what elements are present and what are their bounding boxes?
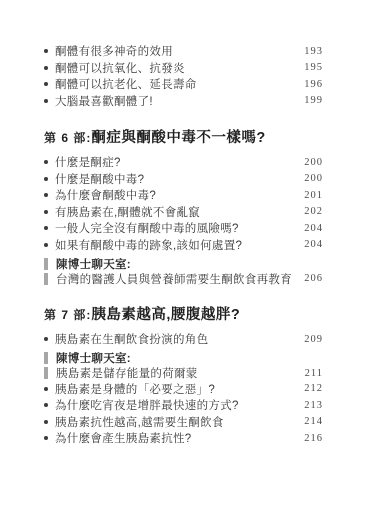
toc-entry: 什麼是酮症? 200	[44, 154, 323, 171]
vertical-bar-icon	[44, 367, 48, 379]
entry-page-number: 211	[305, 368, 323, 379]
expert-chat-block: 陳博士聊天室: 胰島素是儲存能量的荷爾蒙 211	[44, 351, 323, 381]
entry-title: 為什麼吃宵夜是增胖最快速的方式?	[55, 397, 296, 413]
toc-entry: 為什麼會產生胰島素抗性? 216	[44, 430, 323, 447]
bullet-icon	[44, 387, 48, 391]
bullet-icon	[44, 436, 48, 440]
toc-entry: 一般人完全沒有酮酸中毒的風險嗎? 204	[44, 220, 323, 237]
entry-page-number: 193	[304, 46, 323, 57]
part7-title: 胰島素越高,腰腹越胖?	[91, 306, 240, 324]
bullet-icon	[44, 226, 48, 230]
vertical-bar-icon	[44, 273, 48, 285]
bullet-icon	[44, 193, 48, 197]
entry-title: 胰島素在生酮飲食扮演的角色	[55, 331, 296, 347]
entry-title: 有胰島素在,酮體就不會亂竄	[55, 204, 296, 220]
entry-page-number: 200	[304, 173, 323, 184]
bullet-icon	[44, 337, 48, 341]
toc-entry: 什麼是酮酸中毒? 200	[44, 171, 323, 188]
entry-page-number: 209	[304, 334, 323, 345]
book-toc-page: 酮體有很多神奇的效用 193 酮體可以抗氧化、抗發炎 195 酮體可以抗老化、延…	[0, 0, 390, 527]
entry-page-number: 214	[304, 416, 323, 427]
chat-entry-title: 胰島素是儲存能量的荷爾蒙	[56, 365, 297, 381]
chat-title-line: 陳博士聊天室:	[44, 256, 323, 271]
part6-number: 第 6 部:	[44, 129, 91, 147]
toc-entry: 酮體可以抗氧化、抗發炎 195	[44, 60, 323, 77]
entry-page-number: 213	[304, 400, 323, 411]
entry-page-number: 202	[304, 206, 323, 217]
bullet-icon	[44, 420, 48, 424]
toc-section-part5-tail: 酮體有很多神奇的效用 193 酮體可以抗氧化、抗發炎 195 酮體可以抗老化、延…	[44, 43, 323, 109]
entry-title: 大腦最喜歡酮體了!	[55, 93, 296, 109]
entry-title: 酮體可以抗氧化、抗發炎	[55, 60, 296, 76]
bullet-icon	[44, 403, 48, 407]
entry-page-number: 200	[304, 157, 323, 168]
bullet-icon	[44, 82, 48, 86]
chat-title: 陳博士聊天室:	[56, 350, 131, 366]
entry-page-number: 212	[304, 383, 323, 394]
entry-title: 酮體有很多神奇的效用	[55, 43, 296, 59]
entry-page-number: 216	[304, 433, 323, 444]
vertical-bar-icon	[44, 258, 48, 270]
chat-body-line: 台灣的醫護人員與營養師需要生酮飲食再教育 206	[44, 271, 323, 286]
chat-entry-title: 台灣的醫護人員與營養師需要生酮飲食再教育	[56, 271, 296, 287]
entry-page-number: 204	[304, 223, 323, 234]
toc-entry: 為什麼會酮酸中毒? 201	[44, 187, 323, 204]
toc-entry: 為什麼吃宵夜是增胖最快速的方式? 213	[44, 397, 323, 414]
bullet-icon	[44, 210, 48, 214]
entry-page-number: 199	[304, 95, 323, 106]
entry-title: 什麼是酮症?	[55, 154, 296, 170]
entry-title: 如果有酮酸中毒的跡象,該如何處置?	[55, 237, 296, 253]
entry-page-number: 196	[304, 79, 323, 90]
toc-entry: 胰島素是身體的「必要之惡」? 212	[44, 381, 323, 398]
part6-heading: 第 6 部: 酮症與酮酸中毒不一樣嗎?	[44, 129, 323, 147]
bullet-icon	[44, 177, 48, 181]
entry-title: 胰島素抗性越高,越需要生酮飲食	[55, 414, 296, 430]
expert-chat-block: 陳博士聊天室: 台灣的醫護人員與營養師需要生酮飲食再教育 206	[44, 256, 323, 286]
toc-entry: 酮體有很多神奇的效用 193	[44, 43, 323, 60]
chat-title-line: 陳博士聊天室:	[44, 351, 323, 366]
bullet-icon	[44, 243, 48, 247]
toc-section-part7: 胰島素在生酮飲食扮演的角色 209 陳博士聊天室: 胰島素是儲存能量的荷爾蒙 2…	[44, 331, 323, 447]
entry-title: 為什麼會酮酸中毒?	[55, 187, 296, 203]
bullet-icon	[44, 49, 48, 53]
entry-title: 什麼是酮酸中毒?	[55, 171, 296, 187]
toc-section-part6: 什麼是酮症? 200 什麼是酮酸中毒? 200 為什麼會酮酸中毒? 201 有胰…	[44, 154, 323, 286]
toc-entry: 大腦最喜歡酮體了! 199	[44, 93, 323, 110]
part6-title: 酮症與酮酸中毒不一樣嗎?	[91, 129, 265, 147]
bullet-icon	[44, 99, 48, 103]
toc-entry: 胰島素在生酮飲食扮演的角色 209	[44, 331, 323, 348]
entry-page-number: 201	[304, 190, 323, 201]
chat-title: 陳博士聊天室:	[56, 256, 131, 272]
entry-title: 為什麼會產生胰島素抗性?	[55, 430, 296, 446]
toc-entry: 如果有酮酸中毒的跡象,該如何處置? 204	[44, 237, 323, 254]
toc-entry: 有胰島素在,酮體就不會亂竄 202	[44, 204, 323, 221]
bullet-icon	[44, 66, 48, 70]
entry-page-number: 195	[304, 62, 323, 73]
chat-body-line: 胰島素是儲存能量的荷爾蒙 211	[44, 366, 323, 381]
entry-title: 一般人完全沒有酮酸中毒的風險嗎?	[55, 220, 296, 236]
entry-title: 胰島素是身體的「必要之惡」?	[55, 381, 296, 397]
part7-heading: 第 7 部: 胰島素越高,腰腹越胖?	[44, 306, 323, 324]
toc-entry: 胰島素抗性越高,越需要生酮飲食 214	[44, 414, 323, 431]
vertical-bar-icon	[44, 352, 48, 364]
entry-title: 酮體可以抗老化、延長壽命	[55, 76, 296, 92]
toc-entry: 酮體可以抗老化、延長壽命 196	[44, 76, 323, 93]
bullet-icon	[44, 160, 48, 164]
entry-page-number: 204	[304, 239, 323, 250]
part7-number: 第 7 部:	[44, 306, 91, 324]
entry-page-number: 206	[304, 273, 323, 284]
